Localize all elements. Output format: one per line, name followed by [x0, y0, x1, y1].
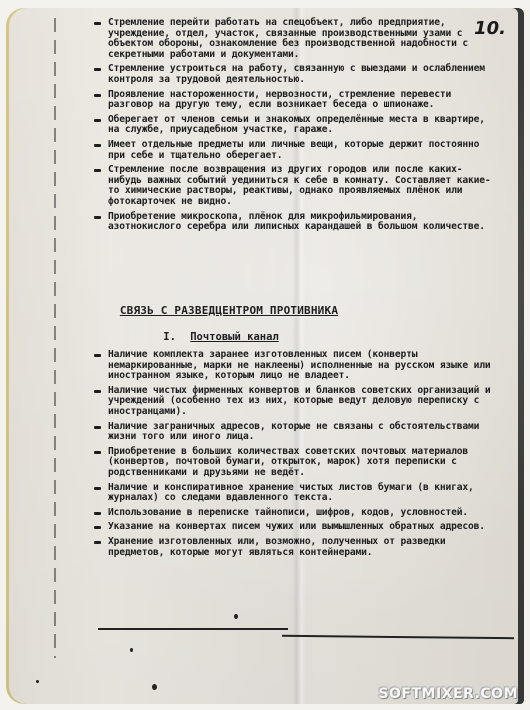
list-item: Приобретение микроскопа, плёнок для микр…	[94, 212, 494, 233]
page-content-bottom: Наличие комплекта заранее изготовленных …	[94, 350, 494, 562]
typewritten-page: 10. Стремление перейти работать на спецо…	[6, 8, 524, 704]
list-item: Стремление устроиться на работу, связанн…	[94, 64, 494, 85]
ink-speck	[234, 614, 238, 619]
subsection-title: Почтовый канал	[190, 331, 279, 343]
ink-speck	[152, 684, 157, 690]
list-item: Указание на конвертах писем чужих или вы…	[94, 522, 494, 533]
subsection-number: I.	[163, 331, 176, 343]
list-item: Оберегает от членов семьи и знакомых опр…	[94, 115, 494, 136]
list-item: Приобретение в больших количествах совет…	[94, 447, 494, 479]
list-item: Наличие и конспиративное хранение чистых…	[94, 483, 494, 504]
section-title: СВЯЗЬ С РАЗВЕДЦЕНТРОМ ПРОТИВНИКА	[94, 304, 364, 317]
separator-line	[98, 628, 288, 630]
list-item: Стремление перейти работать на спецобъек…	[94, 18, 494, 60]
watermark: SOFTMIXER.COM	[378, 686, 518, 702]
ink-speck	[130, 648, 133, 652]
list-item: Наличие чистых фирменных конвертов и бла…	[94, 386, 494, 418]
list-item: Стремление после возвращения из других г…	[94, 165, 494, 207]
subsection-heading: I. Почтовый канал	[86, 331, 356, 343]
list-item: Проявление настороженности, нервозности,…	[94, 90, 494, 111]
list-item: Использование в переписке тайнописи, шиф…	[94, 508, 494, 519]
page-content: Стремление перейти работать на спецобъек…	[94, 18, 494, 237]
list-item: Хранение изготовленных или, возможно, по…	[94, 537, 494, 558]
ink-speck	[36, 680, 39, 683]
list-item: Наличие заграничных адресов, которые не …	[94, 422, 494, 443]
list-item: Наличие комплекта заранее изготовленных …	[94, 350, 494, 382]
list-item: Имеет отдельные предметы или личные вещи…	[94, 140, 494, 161]
separator-line	[282, 635, 514, 639]
bullet-list-bottom: Наличие комплекта заранее изготовленных …	[94, 350, 494, 558]
bullet-list-top: Стремление перейти работать на спецобъек…	[94, 18, 494, 233]
